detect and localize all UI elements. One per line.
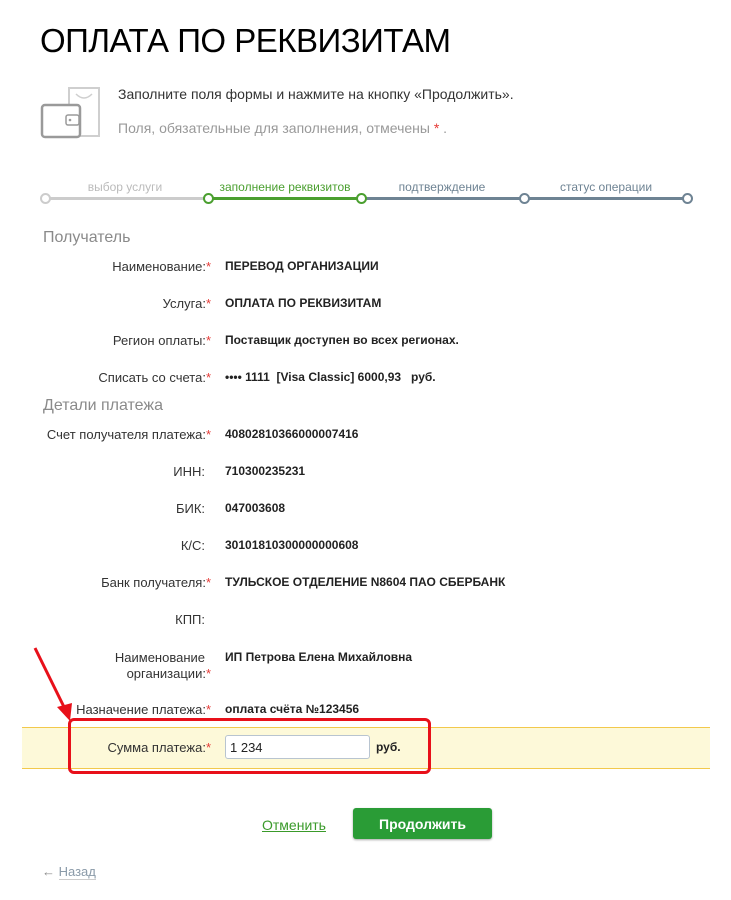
field-value: 047003608 — [225, 501, 285, 515]
field-label: Регион оплаты: — [113, 333, 206, 348]
required-asterisk: * — [206, 259, 211, 274]
field-value: оплата счёта №123456 — [225, 702, 359, 716]
back-nav: ← Назад — [42, 864, 96, 879]
required-asterisk: * — [206, 333, 211, 348]
cancel-link[interactable]: Отменить — [262, 817, 326, 833]
step-confirmation: подтверждение — [362, 180, 522, 194]
field-value: ПЕРЕВОД ОРГАНИЗАЦИИ — [225, 259, 379, 273]
field-label: Счет получателя платежа: — [47, 427, 206, 442]
page-title: ОПЛАТА ПО РЕКВИЗИТАМ — [40, 22, 450, 60]
field-label: Списать со счета: — [98, 370, 206, 385]
required-asterisk: * — [206, 575, 211, 590]
field-label: Услуга: — [163, 296, 206, 311]
intro-instructions: Заполните поля формы и нажмите на кнопку… — [118, 86, 514, 102]
step-line-3 — [361, 197, 524, 200]
required-asterisk: * — [206, 296, 211, 311]
field-label: КПП: — [175, 612, 205, 627]
back-arrow-icon: ← — [42, 864, 55, 879]
annotation-highlight-box — [68, 718, 431, 774]
required-note-end: . — [439, 120, 447, 136]
step-dot-4 — [519, 193, 530, 204]
required-note-text: Поля, обязательные для заполнения, отмеч… — [118, 120, 430, 136]
field-value: Поставщик доступен во всех регионах. — [225, 333, 459, 347]
wallet-icon — [40, 86, 102, 142]
required-asterisk: * — [206, 427, 211, 442]
step-dot-1 — [40, 193, 51, 204]
field-value: ТУЛЬСКОЕ ОТДЕЛЕНИЕ N8604 ПАО СБЕРБАНК — [225, 575, 505, 589]
field-label: БИК: — [176, 501, 205, 516]
step-line-2 — [208, 197, 361, 200]
step-fill-details: заполнение реквизитов — [205, 180, 365, 194]
step-dot-5 — [682, 193, 693, 204]
step-dot-2 — [203, 193, 214, 204]
step-select-service: выбор услуги — [45, 180, 205, 194]
required-note: Поля, обязательные для заполнения, отмеч… — [118, 120, 447, 136]
progress-stepper: выбор услуги заполнение реквизитов подтв… — [40, 178, 692, 208]
field-value: 30101810300000000608 — [225, 538, 358, 552]
field-value: ОПЛАТА ПО РЕКВИЗИТАМ — [225, 296, 381, 310]
field-label-line2: организации: — [127, 666, 206, 681]
section-payment-details: Детали платежа — [43, 397, 163, 415]
annotation-arrow-icon — [30, 645, 80, 725]
field-value: •••• 1111 [Visa Classic] 6000,93 руб. — [225, 370, 436, 384]
field-label: Наименование: — [112, 259, 206, 274]
required-asterisk: * — [206, 702, 211, 717]
back-link[interactable]: Назад — [59, 864, 96, 880]
field-label: ИНН: — [173, 464, 205, 479]
section-recipient: Получатель — [43, 229, 130, 247]
continue-button[interactable]: Продолжить — [353, 808, 492, 839]
field-value: 710300235231 — [225, 464, 305, 478]
field-label: Назначение платежа: — [76, 702, 206, 717]
step-dot-3 — [356, 193, 367, 204]
field-label-line1: Наименование — [115, 650, 205, 665]
step-operation-status: статус операции — [526, 180, 686, 194]
step-line-4 — [524, 197, 687, 200]
field-value: ИП Петрова Елена Михайловна — [225, 650, 412, 664]
field-value: 40802810366000007416 — [225, 427, 358, 441]
required-asterisk: * — [206, 370, 211, 385]
field-label: К/С: — [181, 538, 205, 553]
step-line-1 — [44, 197, 208, 200]
required-asterisk: * — [206, 666, 211, 681]
field-label: Банк получателя: — [101, 575, 206, 590]
